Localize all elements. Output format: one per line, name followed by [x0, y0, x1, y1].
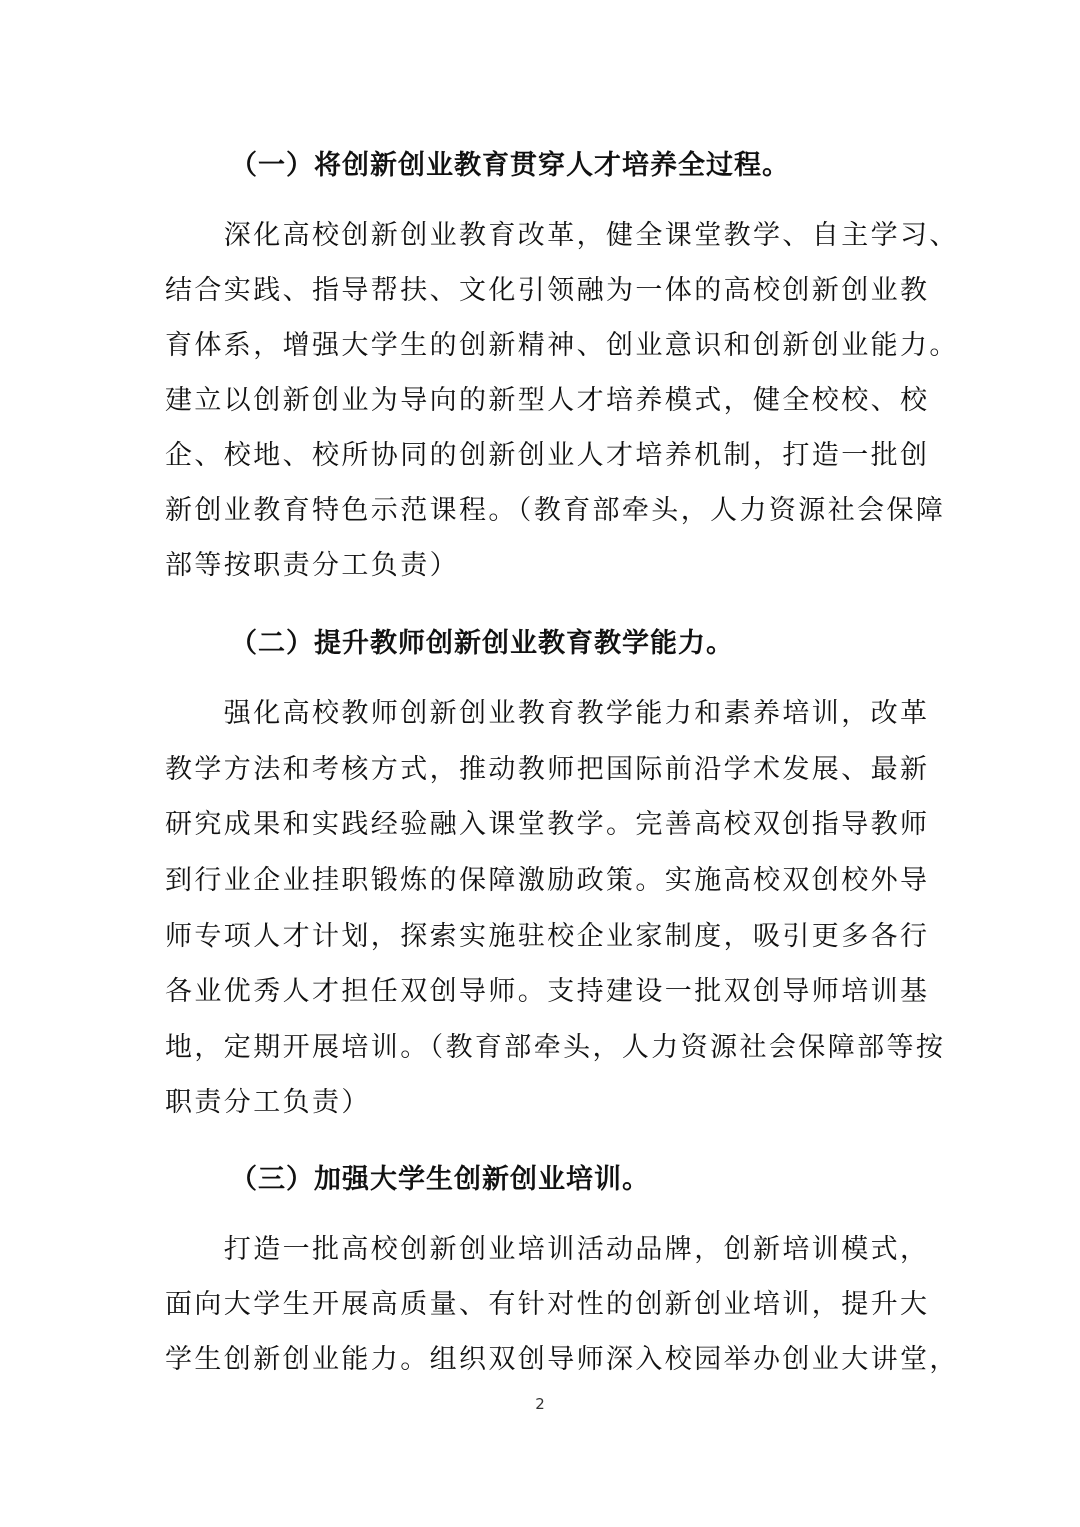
paragraph-line: 学生创新创业能力。组织双创导师深入校园举办创业大讲堂，	[165, 1340, 925, 1380]
paragraph-line: 各业优秀人才担任双创导师。支持建设一批双创导师培训基	[165, 972, 925, 1012]
paragraph-line: 研究成果和实践经验融入课堂教学。完善高校双创指导教师	[165, 805, 925, 845]
paragraph-line: 地，定期开展培训。（教育部牵头，人力资源社会保障部等按	[165, 1028, 925, 1068]
paragraph-line: 到行业企业挂职锻炼的保障激励政策。实施高校双创校外导	[165, 861, 925, 901]
section-heading-2: （二）提升教师创新创业教育教学能力。	[230, 624, 990, 664]
document-page: （一）将创新创业教育贯穿人才培养全过程。 深化高校创新创业教育改革，健全课堂教学…	[0, 0, 1080, 1527]
paragraph-line: 面向大学生开展高质量、有针对性的创新创业培训，提升大	[165, 1285, 925, 1325]
page-number: 2	[0, 1395, 1080, 1413]
paragraph-line: 育体系，增强大学生的创新精神、创业意识和创新创业能力。	[165, 326, 925, 366]
paragraph-line: 师专项人才计划，探索实施驻校企业家制度，吸引更多各行	[165, 917, 925, 957]
paragraph-line: 企、校地、校所协同的创新创业人才培养机制，打造一批创	[165, 436, 925, 476]
paragraph-line: 强化高校教师创新创业教育教学能力和素养培训，改革	[165, 694, 925, 734]
paragraph-line: 部等按职责分工负责）	[165, 546, 925, 586]
paragraph-line: 结合实践、指导帮扶、文化引领融为一体的高校创新创业教	[165, 271, 925, 311]
paragraph-line: 打造一批高校创新创业培训活动品牌，创新培训模式，	[165, 1230, 925, 1270]
paragraph-line: 深化高校创新创业教育改革，健全课堂教学、自主学习、	[165, 216, 925, 256]
paragraph-line: 教学方法和考核方式，推动教师把国际前沿学术发展、最新	[165, 750, 925, 790]
section-heading-3: （三）加强大学生创新创业培训。	[230, 1160, 990, 1200]
paragraph-line: 新创业教育特色示范课程。（教育部牵头，人力资源社会保障	[165, 491, 925, 531]
paragraph-line: 职责分工负责）	[165, 1083, 925, 1123]
paragraph-line: 建立以创新创业为导向的新型人才培养模式，健全校校、校	[165, 381, 925, 421]
section-heading-1: （一）将创新创业教育贯穿人才培养全过程。	[230, 146, 990, 186]
